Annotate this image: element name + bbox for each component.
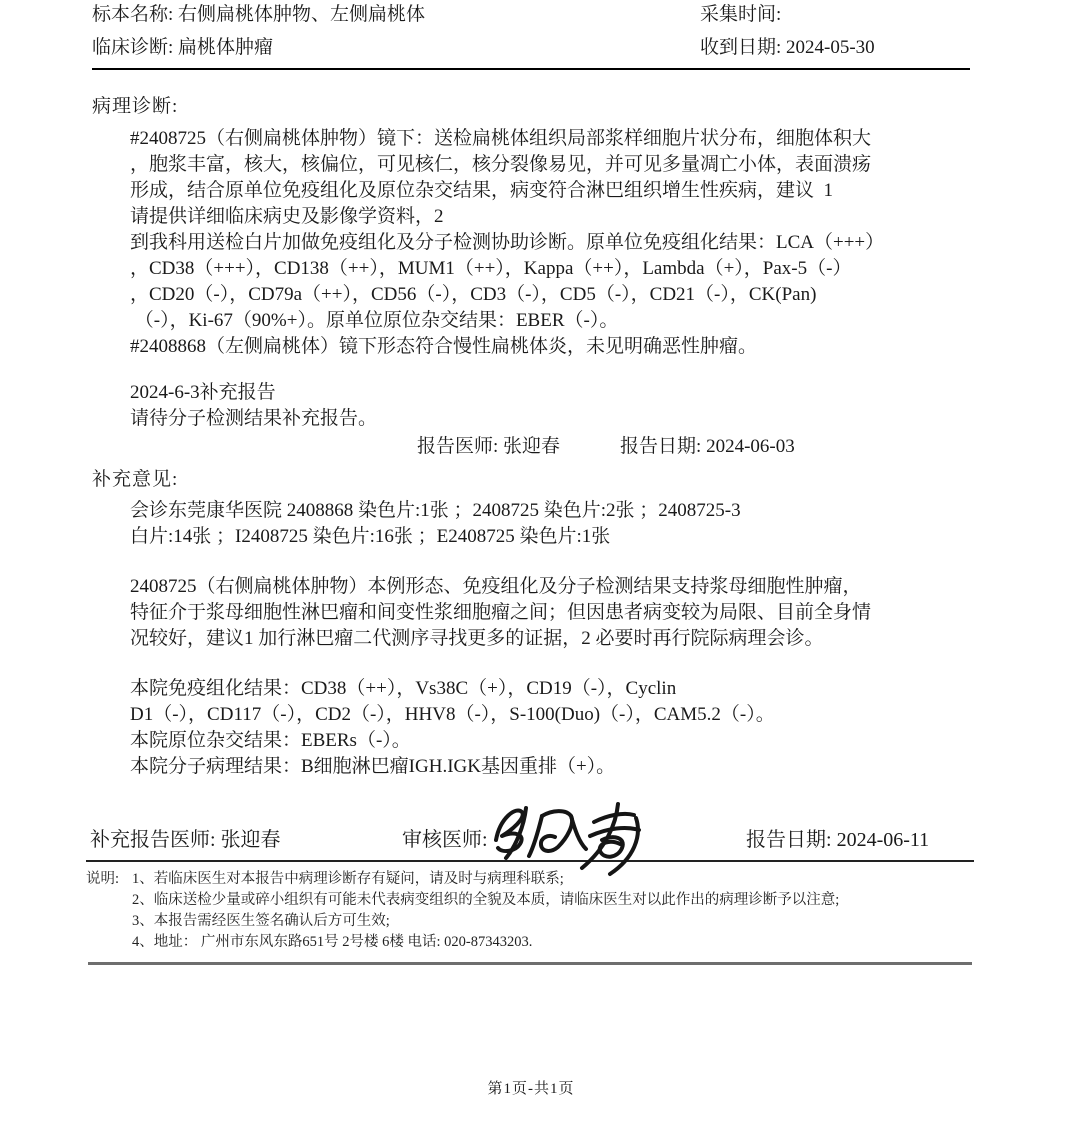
pathology-line: #2408725（右侧扁桃体肿物）镜下：送检扁桃体组织局部浆样细胞片状分布，细胞…: [130, 126, 960, 152]
supplement-note-line: 2024-6-3补充报告: [130, 380, 960, 406]
hospital-results-line: 本院分子病理结果：B细胞淋巴瘤IGH.IGK基因重排（+）。: [130, 754, 960, 780]
pathology-diagnosis-heading: 病理诊断:: [92, 96, 970, 118]
hospital-results-line: 本院原位杂交结果：EBERs（-）。: [130, 728, 960, 754]
signoff-date-value: 2024-06-11: [837, 829, 930, 851]
collect-time-label: 采集时间:: [700, 4, 781, 25]
supplementary-opinion-heading: 补充意见:: [92, 468, 970, 492]
supplementary-conclusion-line: 况较好，建议1 加行淋巴瘤二代测序寻找更多的证据，2 必要时再行院际病理会诊。: [130, 626, 960, 652]
supplement-doctor-name: 张迎春: [221, 829, 281, 851]
pathology-line: ，胞浆丰富，核大，核偏位，可见核仁，核分裂像易见，并可见多量凋亡小体，表面溃疡: [130, 152, 960, 178]
signoff-date-field: 报告日期: 2024-06-11: [746, 823, 929, 852]
pathology-line: #2408868（左侧扁桃体）镜下形态符合慢性扁桃体炎，未见明确恶性肿瘤。: [130, 334, 960, 360]
received-date-label: 收到日期:: [700, 37, 781, 58]
report-header: 标本名称: 右侧扁桃体肿物、左侧扁桃体 采集时间: 临床诊断: 扁桃体肿瘤 收到…: [92, 4, 970, 70]
received-date-value: 2024-05-30: [786, 37, 875, 58]
signoff-row: 补充报告医师: 张迎春 审核医师: 报告日期: 2024-06-11: [86, 814, 974, 862]
note-item: 2、临床送检少量或碎小组织有可能未代表病变组织的全貌及本质，请临床医生对以此作出…: [132, 890, 970, 911]
note-item: 3、本报告需经医生签名确认后方可生效;: [132, 911, 970, 932]
report-doctor-label: 报告医师:: [417, 436, 503, 457]
clinical-diagnosis-label: 临床诊断:: [92, 37, 173, 58]
report-date-label: 报告日期:: [620, 436, 706, 457]
review-doctor-label: 审核医师:: [402, 823, 488, 852]
pathology-line: 请提供详细临床病史及影像学资料，2: [130, 204, 960, 230]
clinical-diagnosis-value: 扁桃体肿瘤: [178, 37, 273, 58]
supplement-doctor-label: 补充报告医师:: [90, 829, 221, 851]
supplement-note-line: 请待分子检测结果补充报告。: [130, 406, 960, 432]
consult-slides-line: 会诊东莞康华医院 2408868 染色片:1张 ；2408725 染色片:2张 …: [130, 498, 960, 524]
pathology-report-page: 标本名称: 右侧扁桃体肿物、左侧扁桃体 采集时间: 临床诊断: 扁桃体肿瘤 收到…: [0, 0, 1080, 1130]
report-date-value: 2024-06-03: [706, 436, 795, 457]
collect-time-field: 采集时间:: [700, 4, 970, 26]
supplementary-conclusion-line: 特征介于浆母细胞性淋巴瘤和间变性浆细胞瘤之间；但因患者病变较为局限、目前全身情: [130, 600, 960, 626]
note-item: 4、地址： 广州市东风东路651号 2号楼 6楼 电话: 020-8734320…: [132, 932, 970, 953]
header-row-2: 临床诊断: 扁桃体肿瘤 收到日期: 2024-05-30: [92, 37, 970, 59]
pathology-line: ，CD38（+++），CD138（++），MUM1（++），Kappa（++），…: [130, 256, 960, 282]
specimen-name-value: 右侧扁桃体肿物、左侧扁桃体: [178, 4, 425, 25]
report-doctor-name: 张迎春: [503, 436, 560, 457]
supplementary-conclusion-paragraph: 2408725（右侧扁桃体肿物）本例形态、免疫组化及分子检测结果支持浆母细胞性肿…: [130, 574, 960, 652]
report-doctor-row: 报告医师: 张迎春报告日期: 2024-06-03: [417, 434, 970, 460]
specimen-name-label: 标本名称:: [92, 4, 173, 25]
consult-slides-paragraph: 会诊东莞康华医院 2408868 染色片:1张 ；2408725 染色片:2张 …: [130, 498, 960, 550]
page-number: 第1页-共1页: [92, 1077, 970, 1098]
supplement-note: 2024-6-3补充报告 请待分子检测结果补充报告。: [130, 380, 960, 432]
notes-block: 说明: 1、若临床医生对本报告中病理诊断存有疑问，请及时与病理科联系; 2、临床…: [86, 869, 970, 953]
specimen-name-field: 标本名称: 右侧扁桃体肿物、左侧扁桃体: [92, 4, 700, 26]
supplement-doctor-field: 补充报告医师: 张迎春: [90, 823, 281, 852]
signoff-date-label: 报告日期:: [746, 829, 837, 851]
pathology-line: 形成，结合原单位免疫组化及原位杂交结果，病变符合淋巴组织增生性疾病，建议 1: [130, 178, 960, 204]
notes-list: 1、若临床医生对本报告中病理诊断存有疑问，请及时与病理科联系; 2、临床送检少量…: [132, 869, 970, 953]
notes-label: 说明:: [86, 869, 132, 953]
pathology-line: （-），Ki-67（90%+）。原单位原位杂交结果：EBER（-）。: [130, 308, 960, 334]
hospital-results-paragraph: 本院免疫组化结果：CD38（++），Vs38C（+），CD19（-），Cycli…: [130, 676, 960, 780]
hospital-results-line: D1（-），CD117（-），CD2（-），HHV8（-），S-100(Duo)…: [130, 702, 960, 728]
supplementary-conclusion-line: 2408725（右侧扁桃体肿物）本例形态、免疫组化及分子检测结果支持浆母细胞性肿…: [130, 574, 960, 600]
consult-slides-line: 白片:14张 ；I2408725 染色片:16张 ；E2408725 染色片:1…: [130, 524, 960, 550]
hospital-results-line: 本院免疫组化结果：CD38（++），Vs38C（+），CD19（-），Cycli…: [130, 676, 960, 702]
bottom-divider: [88, 962, 972, 965]
pathology-line: ，CD20（-），CD79a（++），CD56（-），CD3（-），CD5（-）…: [130, 282, 960, 308]
clinical-diagnosis-field: 临床诊断: 扁桃体肿瘤: [92, 37, 700, 59]
header-row-1: 标本名称: 右侧扁桃体肿物、左侧扁桃体 采集时间:: [92, 4, 970, 26]
pathology-diagnosis-text: #2408725（右侧扁桃体肿物）镜下：送检扁桃体组织局部浆样细胞片状分布，细胞…: [130, 126, 960, 360]
pathology-line: 到我科用送检白片加做免疫组化及分子检测协助诊断。原单位免疫组化结果：LCA（++…: [130, 230, 960, 256]
reviewer-signature-handwriting: [482, 778, 668, 878]
received-date-field: 收到日期: 2024-05-30: [700, 37, 970, 59]
